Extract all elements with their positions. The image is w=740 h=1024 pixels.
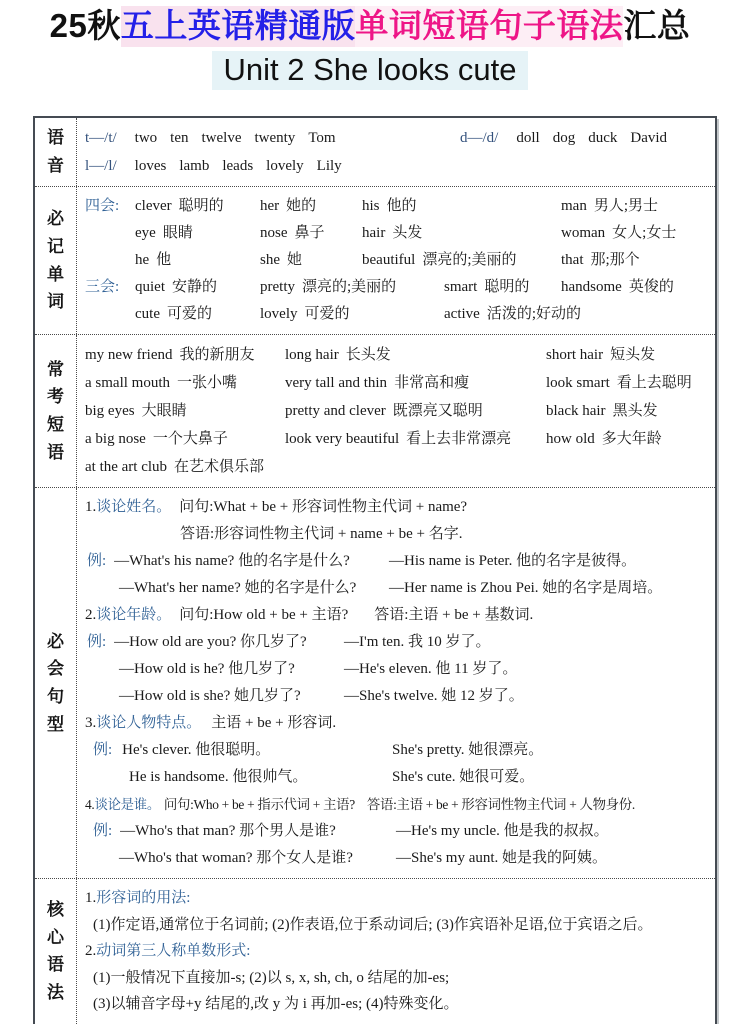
phoneme-key: d—/d/ [460,130,498,146]
word-entry: that那;那个 [561,247,715,274]
phrase-entry: black hair黑头发 [546,397,715,425]
sentence-line: (3)以辅音字母+y 结尾的,改 y 为 i 再加-es; (4)特殊变化。 [93,991,715,1018]
text-seg: 答语:主语 + be + 基数词. [374,607,533,623]
word-zh: 他 [156,252,171,268]
phrase-entry: long hair长头发 [285,341,546,369]
sentence-left: —How old is she? 她几岁了? [119,683,344,710]
word-level-tag: 三会: [85,274,135,301]
phrase-en: a small mouth [85,375,170,391]
words-line: he他she她beautiful漂亮的;美丽的that那;那个 [85,247,715,274]
word-entry: quiet安静的 [135,274,260,301]
table-row-core-grammar: 核心语法 1.形容词的用法:(1)作定语,通常位于名词前; (2)作表语,位于系… [35,878,715,1024]
word-zh: 漂亮的;美丽的 [302,279,396,295]
text-seg: 3. [85,715,96,731]
text-seg: —His name is Peter. 他的名字是彼得。 [389,553,636,569]
phoneme-key: t—/t/ [85,130,117,146]
text-seg: (3)以辅音字母+y 结尾的,改 y 为 i 再加-es; (4)特殊变化。 [93,996,459,1012]
table-row-key-sentences: 必会句型 1.谈论姓名。问句:What + be + 形容词性物主代词 + na… [35,487,715,878]
phrase-entry: look smart看上去聪明 [546,369,715,397]
phrase-zh: 长头发 [346,347,391,363]
text-seg: 例: [87,634,106,650]
word-zh: 女人;女士 [612,225,676,241]
sentence-left: —How old is he? 他几岁了? [119,656,344,683]
word-zh: 安静的 [172,279,217,295]
word-entry: woman女人;女士 [561,220,715,247]
word-en: quiet [135,279,165,295]
word-en: eye [135,225,156,241]
sentence-line: (1)一般情况下直接加-s; (2)以 s, x, sh, ch, o 结尾的加… [93,965,715,992]
row-label-text: 必记单词 [46,205,65,315]
text-seg: 问句:How old + be + 主语? [179,607,348,623]
phrase-zh: 非常高和瘦 [394,375,469,391]
word-en: clever [135,198,172,214]
phonics-word: David [630,130,667,146]
text-seg: —How old is he? 他几岁了? [119,661,295,677]
word-zh: 他的 [387,198,417,214]
phrase-zh: 黑头发 [613,403,658,419]
text-seg: He is handsome. 他很帅气。 [129,769,307,785]
page-title: 25秋五上英语精通版单词短语句子语法汇总 [0,0,740,48]
word-zh: 眼睛 [163,225,193,241]
sentence-line: 例:—Who's that man? 那个男人是谁?—He's my uncle… [93,818,715,845]
text-seg: 谈论年龄。 [96,607,171,623]
word-en: lovely [260,306,298,322]
phonics-word: loves [135,158,167,174]
word-en: smart [444,279,477,295]
sentence-line: 1.谈论姓名。问句:What + be + 形容词性物主代词 + name? [85,494,715,521]
word-entry: pretty漂亮的;美丽的 [260,274,444,301]
sentence-line: —How old is he? 他几岁了?—He's eleven. 他 11 … [119,656,715,683]
phrase-zh: 看上去非常漂亮 [406,431,511,447]
sentence-right: —She's my aunt. 她是我的阿姨。 [396,845,715,872]
phonics-word: leads [222,158,253,174]
word-entry: clever聪明的 [135,193,260,220]
sentence-right: —I'm ten. 我 10 岁了。 [344,629,715,656]
sentence-line: 2.谈论年龄。问句:How old + be + 主语?答语:主语 + be +… [85,602,715,629]
page-subtitle: Unit 2 She looks cute [0,50,740,90]
word-entry: she她 [260,247,362,274]
title-part-summary: 汇总 [623,6,690,47]
phonics-word: twelve [202,130,242,146]
phrase-en: big eyes [85,403,135,419]
word-en: she [260,252,280,268]
row-content-key-words: 四会:clever聪明的her她的his他的man男人;男士eye眼睛nose鼻… [77,187,715,334]
text-seg: 谈论人物特点。 [96,715,201,731]
sentence-right: —He's eleven. 他 11 岁了。 [344,656,715,683]
phrase-zh: 多大年龄 [602,431,662,447]
sentence-line: —Who's that woman? 那个女人是谁?—She's my aunt… [119,845,715,872]
phrase-en: long hair [285,347,339,363]
word-en: man [561,198,587,214]
sentence-line: 答语:形容词性物主代词 + name + be + 名字. [180,521,715,548]
word-zh: 聪明的 [179,198,224,214]
sentence-right: —Her name is Zhou Pei. 她的名字是周培。 [389,575,715,602]
text-seg: 主语 + be + 形容词. [211,715,336,731]
phonics-word: lovely [266,158,304,174]
word-en: cute [135,306,160,322]
word-en: handsome [561,279,622,295]
word-entry: smart聪明的 [444,274,561,301]
sentence-line: —How old is she? 她几岁了?—She's twelve. 她 1… [119,683,715,710]
text-seg: 1. [85,890,96,906]
word-zh: 聪明的 [484,279,529,295]
word-en: beautiful [362,252,415,268]
word-entry: eye眼睛 [135,220,260,247]
text-seg: —He's eleven. 他 11 岁了。 [344,661,517,677]
sentence-line: 例:—How old are you? 你几岁了?—I'm ten. 我 10 … [87,629,715,656]
phrase-zh: 看上去聪明 [617,375,692,391]
phrase-entry: a big nose一个大鼻子 [85,425,285,453]
sentence-left: He is handsome. 他很帅气。 [93,764,392,791]
title-part-term: 25秋 [50,6,121,47]
word-entry: her她的 [260,193,362,220]
row-content-common-phrases: my new friend我的新朋友long hair长头发short hair… [77,335,715,487]
phrase-zh: 大眼睛 [142,403,187,419]
phoneme-key: l—/l/ [85,158,117,174]
text-seg: —How old is she? 她几岁了? [119,688,301,704]
sentence-left: —Who's that woman? 那个女人是谁? [119,845,396,872]
text-seg: 问句:Who + be + 指示代词 + 主语? [164,797,355,812]
word-level-tag: 四会: [85,193,135,220]
row-label-common-phrases: 常考短语 [35,335,77,487]
sentence-line: 1.形容词的用法: [85,885,715,912]
table-row-common-phrases: 常考短语 my new friend我的新朋友long hair长头发short… [35,334,715,487]
text-seg: She's cute. 她很可爱。 [392,769,534,785]
text-seg: 答语:形容词性物主代词 + name + be + 名字. [180,526,462,542]
row-label-key-words: 必记单词 [35,187,77,334]
title-part-edition: 五上英语精通版 [121,6,356,47]
text-seg: 答语:主语 + be + 形容词性物主代词 + 人物身份. [367,797,635,812]
word-zh: 英俊的 [629,279,674,295]
sentence-right: She's pretty. 她很漂亮。 [392,737,715,764]
word-zh: 头发 [392,225,422,241]
phrases-line: a big nose一个大鼻子look very beautiful看上去非常漂… [85,425,715,453]
sentence-line: (1)作定语,通常位于名词前; (2)作表语,位于系动词后; (3)作宾语补足语… [93,912,715,939]
sentence-line: —What's her name? 她的名字是什么?—Her name is Z… [119,575,715,602]
phonics-line: t—/t/twotentwelvetwentyTomd—/d/dolldogdu… [85,124,715,152]
text-seg: 例: [93,823,112,839]
page: { "colors":{ "title_blue":"#2420e8", "ti… [0,0,740,1024]
row-label-text: 必会句型 [46,628,65,738]
words-line: cute可爱的lovely可爱的active活泼的;好动的 [85,301,715,328]
phrase-entry: big eyes大眼睛 [85,397,285,425]
sentence-right: —His name is Peter. 他的名字是彼得。 [389,548,715,575]
phonics-word: doll [516,130,539,146]
word-zh: 她 [287,252,302,268]
text-seg: She's pretty. 她很漂亮。 [392,742,543,758]
text-seg: 谈论是谁。 [94,797,159,812]
sentence-right: —She's twelve. 她 12 岁了。 [344,683,715,710]
phrase-zh: 短头发 [610,347,655,363]
phonics-word: twenty [254,130,295,146]
text-seg: —She's twelve. 她 12 岁了。 [344,688,524,704]
text-seg: 2. [85,943,96,959]
word-level-tag [85,301,135,328]
phrase-en: look very beautiful [285,431,399,447]
row-label-text: 常考短语 [46,356,65,466]
phrases-line: a small mouth一张小嘴very tall and thin非常高和瘦… [85,369,715,397]
sentence-line: 3.谈论人物特点。主语 + be + 形容词. [85,710,715,737]
word-entry: he他 [135,247,260,274]
phrases-line: at the art club在艺术俱乐部 [85,453,715,481]
phonics-group: d—/d/dolldogduckDavid [460,124,715,152]
unit-title: Unit 2 She looks cute [212,51,529,90]
text-seg: —What's her name? 她的名字是什么? [119,580,356,596]
sentence-line: 例:—What's his name? 他的名字是什么?—His name is… [87,548,715,575]
text-seg: —He's my uncle. 他是我的叔叔。 [396,823,609,839]
row-content-key-sentences: 1.谈论姓名。问句:What + be + 形容词性物主代词 + name?答语… [77,488,715,878]
phonics-group: l—/l/loveslambleadslovelyLily [85,158,355,174]
phrases-line: my new friend我的新朋友long hair长头发short hair… [85,341,715,369]
word-entry: man男人;男士 [561,193,715,220]
word-entry: beautiful漂亮的;美丽的 [362,247,561,274]
text-seg: —What's his name? 他的名字是什么? [114,553,350,569]
phonics-word: dog [553,130,576,146]
title-part-scope: 单词短语句子语法 [355,6,623,47]
phrase-zh: 既漂亮又聪明 [393,403,483,419]
sentence-right: She's cute. 她很可爱。 [392,764,715,791]
sentence-line: 例:He's clever. 他很聪明。She's pretty. 她很漂亮。 [93,737,715,764]
word-level-tag [85,220,135,247]
text-seg: —Who's that man? 那个男人是谁? [120,823,336,839]
word-zh: 男人;男士 [594,198,658,214]
sentence-left: 例:—How old are you? 你几岁了? [87,629,344,656]
row-content-core-grammar: 1.形容词的用法:(1)作定语,通常位于名词前; (2)作表语,位于系动词后; … [77,879,715,1024]
words-line: 四会:clever聪明的her她的his他的man男人;男士 [85,193,715,220]
sentence-left: —What's her name? 她的名字是什么? [119,575,389,602]
phrase-entry: how old多大年龄 [546,425,715,453]
word-en: active [444,306,480,322]
phrase-en: my new friend [85,347,172,363]
phrases-line: big eyes大眼睛pretty and clever既漂亮又聪明black … [85,397,715,425]
phonics-word: Tom [308,130,335,146]
word-en: his [362,198,380,214]
row-label-text: 核心语法 [46,896,65,1006]
word-entry: nose鼻子 [260,220,362,247]
row-content-phonetics: t—/t/twotentwelvetwentyTomd—/d/dolldogdu… [77,118,715,186]
phrase-zh: 我的新朋友 [179,347,254,363]
phonics-group: t—/t/twotentwelvetwentyTom [85,124,460,152]
word-entry [561,301,715,328]
sentence-line: 4.谈论是谁。问句:Who + be + 指示代词 + 主语?答语:主语 + b… [85,791,715,818]
word-entry: cute可爱的 [135,301,260,328]
text-seg: (1)作定语,通常位于名词前; (2)作表语,位于系动词后; (3)作宾语补足语… [93,917,653,933]
phrase-entry: at the art club在艺术俱乐部 [85,453,285,481]
sentence-line: 2.动词第三人称单数形式: [85,938,715,965]
phrase-zh: 一个大鼻子 [153,431,228,447]
sentence-left: 例:—Who's that man? 那个男人是谁? [93,818,396,845]
phonics-word: lamb [179,158,209,174]
text-seg: —I'm ten. 我 10 岁了。 [344,634,490,650]
word-entry: lovely可爱的 [260,301,444,328]
word-en: nose [260,225,288,241]
phonics-word: Lily [317,158,342,174]
word-zh: 可爱的 [305,306,350,322]
word-entry: hair头发 [362,220,561,247]
text-seg: —Who's that woman? 那个女人是谁? [119,850,353,866]
text-seg: 问句:What + be + 形容词性物主代词 + name? [179,499,467,515]
sentence-left: 例:He's clever. 他很聪明。 [93,737,392,764]
text-seg: 例: [87,553,106,569]
word-zh: 鼻子 [295,225,325,241]
row-label-text: 语音 [46,124,65,179]
text-seg: 形容词的用法: [96,890,190,906]
text-seg: (1)一般情况下直接加-s; (2)以 s, x, sh, ch, o 结尾的加… [93,970,449,986]
text-seg: 例: [93,742,112,758]
word-en: hair [362,225,385,241]
summary-table: 语音 t—/t/twotentwelvetwentyTomd—/d/dolldo… [33,116,717,1024]
phonics-line: l—/l/loveslambleadslovelyLily [85,152,715,180]
text-seg: —Her name is Zhou Pei. 她的名字是周培。 [389,580,662,596]
words-line: 三会:quiet安静的pretty漂亮的;美丽的smart聪明的handsome… [85,274,715,301]
word-zh: 漂亮的;美丽的 [422,252,516,268]
phrase-en: pretty and clever [285,403,386,419]
words-line: eye眼睛nose鼻子hair头发woman女人;女士 [85,220,715,247]
row-label-core-grammar: 核心语法 [35,879,77,1024]
text-seg: —She's my aunt. 她是我的阿姨。 [396,850,607,866]
word-zh: 可爱的 [167,306,212,322]
text-seg: 动词第三人称单数形式: [96,943,250,959]
word-zh: 那;那个 [591,252,640,268]
text-seg: He's clever. 他很聪明。 [122,742,270,758]
sentence-right: —He's my uncle. 他是我的叔叔。 [396,818,715,845]
phonics-word: ten [170,130,188,146]
text-seg: 谈论姓名。 [96,499,171,515]
text-seg: —How old are you? 你几岁了? [114,634,306,650]
text-seg: 1. [85,499,96,515]
phrase-en: very tall and thin [285,375,387,391]
phrase-zh: 一张小嘴 [177,375,237,391]
phrase-en: black hair [546,403,606,419]
phrase-entry: very tall and thin非常高和瘦 [285,369,546,397]
row-label-key-sentences: 必会句型 [35,488,77,878]
phrase-entry: look very beautiful看上去非常漂亮 [285,425,546,453]
table-row-phonetics: 语音 t—/t/twotentwelvetwentyTomd—/d/dolldo… [35,118,715,186]
phrase-en: at the art club [85,459,167,475]
word-entry: handsome英俊的 [561,274,715,301]
phrase-entry: short hair短头发 [546,341,715,369]
phrase-en: a big nose [85,431,146,447]
word-en: pretty [260,279,295,295]
sentence-left: 例:—What's his name? 他的名字是什么? [87,548,389,575]
word-level-tag [85,247,135,274]
word-zh: 她的 [286,198,316,214]
word-entry: active活泼的;好动的 [444,301,561,328]
phrase-en: look smart [546,375,610,391]
word-entry: his他的 [362,193,561,220]
word-en: her [260,198,279,214]
sentence-line: He is handsome. 他很帅气。She's cute. 她很可爱。 [93,764,715,791]
phrase-entry: pretty and clever既漂亮又聪明 [285,397,546,425]
phrase-entry: a small mouth一张小嘴 [85,369,285,397]
phrase-en: short hair [546,347,603,363]
phonics-word: two [135,130,158,146]
word-en: he [135,252,149,268]
phrase-entry: my new friend我的新朋友 [85,341,285,369]
word-en: that [561,252,584,268]
table-row-key-words: 必记单词 四会:clever聪明的her她的his他的man男人;男士eye眼睛… [35,186,715,334]
phonics-word: duck [588,130,617,146]
phrase-zh: 在艺术俱乐部 [174,459,264,475]
phrase-en: how old [546,431,595,447]
word-en: woman [561,225,605,241]
text-seg: 2. [85,607,96,623]
row-label-phonetics: 语音 [35,118,77,186]
